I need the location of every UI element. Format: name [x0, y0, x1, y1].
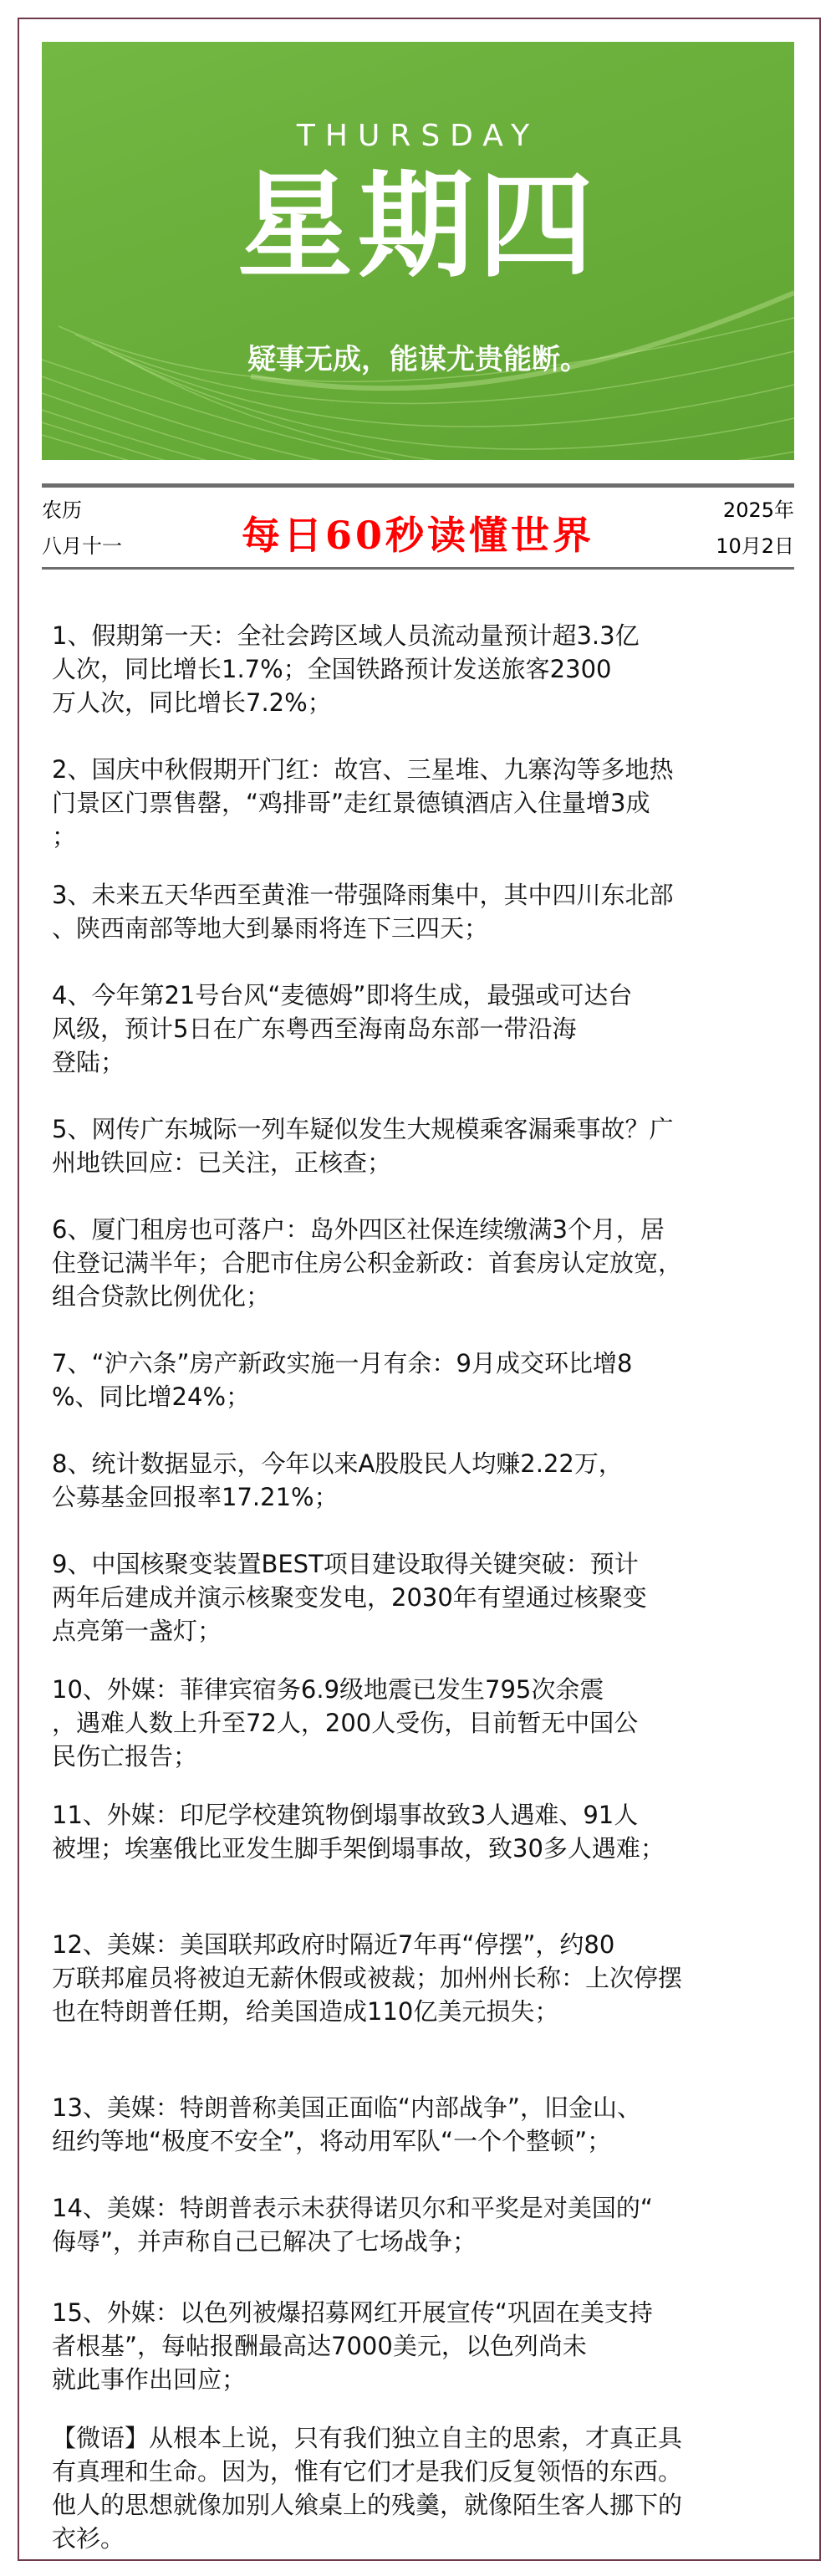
news-item-line: 住登记满半年；合肥市住房公积金新政：首套房认定放宽，	[52, 1246, 796, 1280]
news-item-line: 登陆；	[52, 1045, 796, 1079]
news-item-line: 公募基金回报率17.21%；	[52, 1480, 796, 1514]
news-item-line: 4、今年第21号台风“麦德姆”即将生成，最强或可达台	[52, 979, 796, 1012]
news-item-line: ；	[52, 820, 796, 853]
news-item-line: 人次，同比增长1.7%；全国铁路预计发送旅客2300	[52, 652, 796, 686]
news-item: 11、外媒：印尼学校建筑物倒塌事故致3人遇难、91人被埋；埃塞俄比亚发生脚手架倒…	[52, 1798, 796, 1865]
news-item: 4、今年第21号台风“麦德姆”即将生成，最强或可达台风级，预计5日在广东粤西至海…	[52, 979, 796, 1079]
news-item-line: ，遇难人数上升至72人，200人受伤，目前暂无中国公	[52, 1706, 796, 1740]
top-divider	[42, 483, 794, 488]
news-item: 7、“沪六条”房产新政实施一月有余：9月成交环比增8%、同比增24%；	[52, 1347, 796, 1413]
news-item-line: 州地铁回应：已关注，正核查；	[52, 1146, 796, 1179]
news-item-line: 点亮第一盏灯；	[52, 1614, 796, 1648]
news-item-line: 15、外媒：以色列被爆招募网红开展宣传“巩固在美支持	[52, 2296, 796, 2329]
news-item: 6、厦门租房也可落户：岛外四区社保连续缴满3个月，居住登记满半年；合肥市住房公积…	[52, 1213, 796, 1313]
gregorian-year: 2025年	[723, 493, 794, 523]
news-item-line: 6、厦门租房也可落户：岛外四区社保连续缴满3个月，居	[52, 1213, 796, 1246]
banner-motto: 疑事无成，能谋尤贵能断。	[42, 336, 794, 377]
news-item-line: %、同比增24%；	[52, 1380, 796, 1413]
news-item-line: 两年后建成并演示核聚变发电，2030年有望通过核聚变	[52, 1581, 796, 1614]
news-item-line: 侮辱”，并声称自己已解决了七场战争；	[52, 2225, 796, 2258]
news-item: 1、假期第一天：全社会跨区域人员流动量预计超3.3亿人次，同比增长1.7%；全国…	[52, 619, 796, 719]
news-item-line: 1、假期第一天：全社会跨区域人员流动量预计超3.3亿	[52, 619, 796, 652]
news-item: 5、网传广东城际一列车疑似发生大规模乘客漏乘事故？广州地铁回应：已关注，正核查；	[52, 1112, 796, 1179]
news-item-line: 门景区门票售罄，“鸡排哥”走红景德镇酒店入住量增3成	[52, 786, 796, 820]
news-item: 9、中国核聚变装置BEST项目建设取得关键突破：预计两年后建成并演示核聚变发电，…	[52, 1547, 796, 1648]
quote-line: 衣衫。	[52, 2522, 796, 2555]
weekday-english: THURSDAY	[42, 119, 794, 153]
quote-line: 他人的思想就像加别人飨桌上的残羹，就像陌生客人挪下的	[52, 2488, 796, 2522]
news-item-line: 万联邦雇员将被迫无薪休假或被裁；加州州长称：上次停摆	[52, 1961, 796, 1995]
quote-line: 有真理和生命。因为，惟有它们才是我们反复领悟的东西。	[52, 2455, 796, 2488]
news-item-line: 2、国庆中秋假期开门红：故宫、三星堆、九寨沟等多地热	[52, 753, 796, 786]
news-item-line: 万人次，同比增长7.2%；	[52, 686, 796, 719]
news-item-line: 3、未来五天华西至黄淮一带强降雨集中，其中四川东北部	[52, 878, 796, 912]
news-item-line: 8、统计数据显示，今年以来A股股民人均赚2.22万，	[52, 1447, 796, 1480]
page-title: 每日60秒读懂世界	[0, 505, 836, 560]
news-item: 14、美媒：特朗普表示未获得诺贝尔和平奖是对美国的“侮辱”，并声称自己已解决了七…	[52, 2191, 796, 2258]
news-item-line: 也在特朗普任期，给美国造成110亿美元损失；	[52, 1995, 796, 2028]
gregorian-month-day: 10月2日	[716, 529, 794, 559]
daily-quote: 【微语】从根本上说，只有我们独立自主的思索，才真正具有真理和生命。因为，惟有它们…	[52, 2421, 796, 2555]
news-item-line: 10、外媒：菲律宾宿务6.9级地震已发生795次余震	[52, 1673, 796, 1706]
news-item-line: 被埋；埃塞俄比亚发生脚手架倒塌事故，致30多人遇难；	[52, 1832, 796, 1865]
news-item-line: 12、美媒：美国联邦政府时隔近7年再“停摆”，约80	[52, 1928, 796, 1961]
news-item: 2、国庆中秋假期开门红：故宫、三星堆、九寨沟等多地热门景区门票售罄，“鸡排哥”走…	[52, 753, 796, 853]
news-item: 13、美媒：特朗普称美国正面临“内部战争”，旧金山、纽约等地“极度不安全”，将动…	[52, 2091, 796, 2158]
news-item: 10、外媒：菲律宾宿务6.9级地震已发生795次余震，遇难人数上升至72人，20…	[52, 1673, 796, 1773]
news-item: 15、外媒：以色列被爆招募网红开展宣传“巩固在美支持者根基”，每帖报酬最高达70…	[52, 2296, 796, 2396]
news-item: 3、未来五天华西至黄淮一带强降雨集中，其中四川东北部、陕西南部等地大到暴雨将连下…	[52, 878, 796, 945]
bottom-divider	[42, 567, 794, 570]
news-item-line: 7、“沪六条”房产新政实施一月有余：9月成交环比增8	[52, 1347, 796, 1380]
news-item-line: 9、中国核聚变装置BEST项目建设取得关键突破：预计	[52, 1547, 796, 1581]
news-item-line: 纽约等地“极度不安全”，将动用军队“一个个整顿”；	[52, 2124, 796, 2158]
news-item-line: 11、外媒：印尼学校建筑物倒塌事故致3人遇难、91人	[52, 1798, 796, 1832]
news-item-line: 风级，预计5日在广东粤西至海南岛东部一带沿海	[52, 1012, 796, 1045]
news-item-line: 5、网传广东城际一列车疑似发生大规模乘客漏乘事故？广	[52, 1112, 796, 1146]
quote-line: 【微语】从根本上说，只有我们独立自主的思索，才真正具	[52, 2421, 796, 2455]
news-item-line: 就此事作出回应；	[52, 2363, 796, 2396]
news-item-line: 民伤亡报告；	[52, 1740, 796, 1773]
news-item-line: 、陕西南部等地大到暴雨将连下三四天；	[52, 912, 796, 945]
news-item: 12、美媒：美国联邦政府时隔近7年再“停摆”，约80万联邦雇员将被迫无薪休假或被…	[52, 1928, 796, 2028]
news-item: 8、统计数据显示，今年以来A股股民人均赚2.22万，公募基金回报率17.21%；	[52, 1447, 796, 1514]
news-item-line: 者根基”，每帖报酬最高达7000美元，以色列尚未	[52, 2329, 796, 2363]
news-item-line: 组合贷款比例优化；	[52, 1280, 796, 1313]
news-item-line: 14、美媒：特朗普表示未获得诺贝尔和平奖是对美国的“	[52, 2191, 796, 2225]
weekday-banner: THURSDAY 星期四 疑事无成，能谋尤贵能断。	[42, 42, 794, 460]
weekday-chinese: 星期四	[42, 159, 794, 293]
news-item-line: 13、美媒：特朗普称美国正面临“内部战争”，旧金山、	[52, 2091, 796, 2124]
